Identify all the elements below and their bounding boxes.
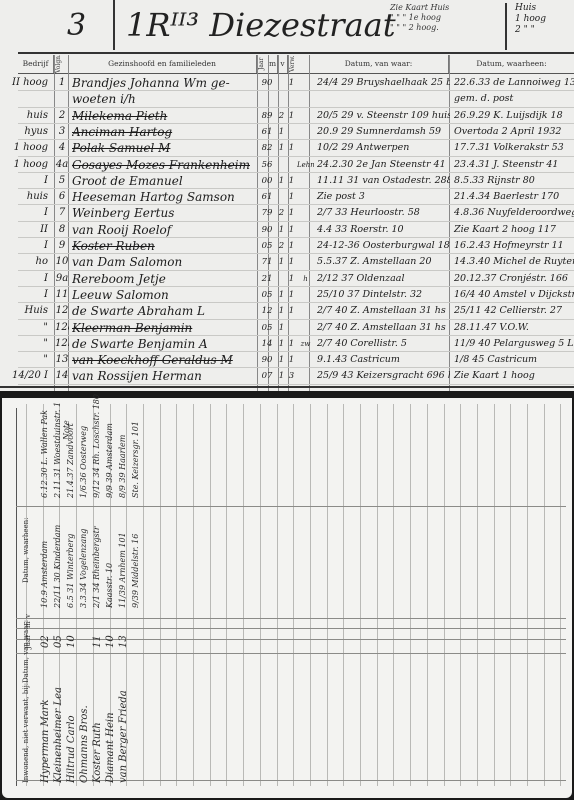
- back-header-jaar: Jaar: [24, 635, 32, 650]
- back-entry-van-waar: 22/11 30 Kinderdam: [53, 525, 62, 608]
- column-header-jaar: Jaar: [257, 55, 268, 73]
- grid-line: [460, 404, 461, 786]
- back-entry-jaar: 10: [66, 635, 77, 648]
- floor-note-line: 2 " ": [515, 25, 571, 36]
- back-entry-name: Koster Ruth: [92, 722, 103, 783]
- back-entry-van-waar: 9/39 Middelstr. 16: [131, 534, 140, 608]
- back-entry-waarheen: 9/9 39 Amsterdam: [105, 423, 114, 498]
- column-header-m: m: [268, 55, 278, 73]
- column-header-v: v: [278, 55, 288, 73]
- back-entry-van-waar: Kaasstr. 10: [105, 563, 114, 608]
- back-header-m: m: [24, 621, 32, 628]
- column-header-name: Gezinshoofd en familieleden: [68, 55, 257, 73]
- house-number: 3: [0, 0, 115, 50]
- back-entry-jaar: 13: [118, 635, 129, 648]
- column-header-bedrijf: Bedrijf: [18, 55, 54, 73]
- back-header-waarheen: Datum, waarheen:: [22, 517, 30, 583]
- outer-rule: [16, 408, 17, 786]
- back-entry-name: van Berger Frieda: [118, 690, 129, 783]
- register-card-front: 3 1Rᴵᴵ³ Diezestraat Zie Kaart Huis " " "…: [0, 0, 574, 391]
- grid-rule: [16, 653, 566, 654]
- grid-line: [277, 404, 278, 786]
- grid-line: [293, 404, 294, 786]
- back-entry-waarheen: 9/12 34 Rh. Loschstr. 180: [92, 394, 101, 498]
- back-entry-waarheen: 2.11.31 Woestduinstr. 1: [53, 402, 62, 498]
- back-entry-name: Hyperman Mark: [40, 699, 51, 783]
- column-header-van-waar: Datum, van waar:: [309, 55, 449, 73]
- back-header-v: v: [24, 614, 32, 618]
- floor-note: Huis 1 hoog 2 " ": [505, 3, 571, 50]
- grid-line: [393, 404, 394, 786]
- back-entry-jaar: 10: [105, 635, 116, 648]
- back-entry-name: Hiltrud Carlo: [66, 715, 77, 783]
- back-entry-waarheen: Ste. Keizersgr. 101: [131, 421, 140, 498]
- back-entry-name: Kleinenheimer Lea: [53, 687, 64, 783]
- grid-rule: [16, 506, 566, 507]
- back-entry-waarheen: 1/6.36 Oosterweg: [79, 426, 88, 498]
- back-entry-waarheen: 8/9 39 Haarlem: [118, 435, 127, 498]
- grid-rule: [16, 628, 566, 629]
- register-card-back: Datum, waarheen: Datum, van waar: m v Ja…: [2, 398, 572, 798]
- grid-line: [260, 404, 261, 786]
- grid-line: [444, 404, 445, 786]
- grid-line: [377, 404, 378, 786]
- grid-line: [544, 404, 545, 786]
- back-entry-van-waar: 11/39 Arnhem 101: [118, 532, 127, 608]
- back-header-van-waar: Datum, van waar:: [22, 620, 30, 683]
- column-header-volg: Volgn.: [54, 55, 68, 73]
- column-header-verw: Verw.: [288, 55, 309, 73]
- back-entry-jaar: 02: [40, 635, 51, 648]
- grid-line: [477, 404, 478, 786]
- grid-rule: [16, 618, 566, 619]
- back-entry-waarheen: 6.12.30 L. Wallen Pak: [40, 410, 49, 498]
- street-notes: Zie Kaart Huis " " " 1e hoog " " " 2 hoo…: [390, 3, 510, 33]
- corner-note: Note: [62, 420, 71, 440]
- grid-line: [310, 404, 311, 786]
- grid-line: [510, 404, 511, 786]
- grid-line: [327, 404, 328, 786]
- street-note-line: " " " 1e hoog: [390, 13, 510, 23]
- back-entry-name: Diamant Hein: [105, 712, 116, 783]
- grid-line: [494, 404, 495, 786]
- back-header-inwonend: Inwonend, niet verwant, bij:: [22, 683, 30, 783]
- back-entry-jaar: 05: [53, 635, 64, 648]
- back-entry-van-waar: 6.5 31 Winterberg: [66, 534, 75, 608]
- back-entry-van-waar: 3.3.34 Vogelenzang: [79, 529, 88, 608]
- back-entry-jaar: 11: [92, 635, 103, 648]
- floor-note-line: 1 hoog: [515, 14, 571, 25]
- grid-line: [410, 404, 411, 786]
- street-note-line: Zie Kaart Huis: [390, 3, 510, 13]
- grid-line: [527, 404, 528, 786]
- street-note-line: " " " 2 hoog.: [390, 23, 510, 33]
- header-rule: [18, 52, 574, 54]
- floor-note-line: Huis: [515, 3, 571, 14]
- grid-line: [210, 404, 211, 786]
- grid-line: [160, 404, 161, 786]
- grid-line: [176, 404, 177, 786]
- card-bottom-rule: [0, 386, 574, 388]
- grid-line: [243, 404, 244, 786]
- grid-line: [143, 404, 144, 786]
- grid-line: [360, 404, 361, 786]
- grid-line: [560, 404, 561, 786]
- grid-line: [193, 404, 194, 786]
- row-rule: [18, 384, 574, 385]
- column-header-waarheen: Datum, waarheen:: [449, 55, 574, 73]
- back-entry-name: Ohmanns Bros.: [79, 705, 90, 783]
- grid-line: [226, 404, 227, 786]
- grid-line: [427, 404, 428, 786]
- back-entry-van-waar: 10.9 Amsterdam: [40, 541, 49, 608]
- grid-line: [343, 404, 344, 786]
- back-entry-van-waar: 2/1 34 Rheinbergstr: [92, 526, 101, 608]
